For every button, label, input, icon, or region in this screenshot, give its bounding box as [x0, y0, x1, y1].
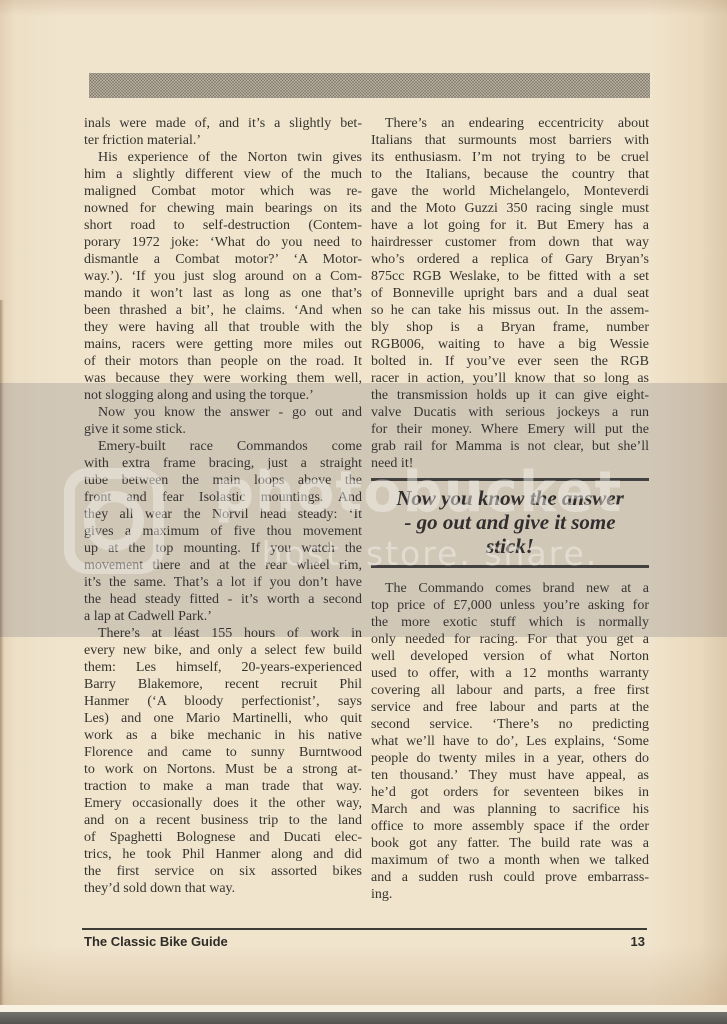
text-line: Hanmer (‘A bloody perfectionist’, says	[84, 693, 362, 710]
text-line: used to offer, with a 12 months warranty	[371, 665, 649, 682]
text-line: so he can take his missus out. In the as…	[371, 302, 649, 319]
text-line: they’d sold down that way.	[84, 880, 362, 897]
magazine-page-scan: inals were made of, and it’s a slightly …	[0, 0, 727, 1024]
paragraph: There’s at léast 155 hours of work ineve…	[84, 625, 362, 897]
text-line: maximum of two a month when we talked	[371, 852, 649, 869]
text-line: he’d got orders for seventeen bikes in	[371, 784, 649, 801]
text-line: RGB006, waiting to have a big Wessie	[371, 336, 649, 353]
scan-edge-top	[0, 0, 727, 16]
text-line: well developed version of what Norton	[371, 648, 649, 665]
text-line: maligned Combat motor which was re-	[84, 183, 362, 200]
text-line: them: Les himself, 20-years-experienced	[84, 659, 362, 676]
text-line: covering all labour and parts, a free fi…	[371, 682, 649, 699]
text-line: Florence and came to sunny Burntwood	[84, 744, 362, 761]
footer-rule	[82, 928, 647, 930]
text-line: and the Moto Guzzi 350 racing single mus…	[371, 200, 649, 217]
text-line: ten thousand.’ They must have appeal, as	[371, 767, 649, 784]
text-line: and on a recent business trip to the lan…	[84, 812, 362, 829]
text-line: 875cc RGB Weslake, to be fitted with a s…	[371, 268, 649, 285]
text-line: people do twenty miles in a year, others…	[371, 750, 649, 767]
text-line: every new bike, and only a select few bu…	[84, 642, 362, 659]
text-line: been thrashed a bit’, he claims. ‘And wh…	[84, 302, 362, 319]
text-line: of their motors than people on the road.…	[84, 353, 362, 370]
text-line: bly shop is a Bryan frame, number	[371, 319, 649, 336]
text-line: work as a bike mechanic in his native	[84, 727, 362, 744]
text-line: its enthusiasm. I’m not trying to be cru…	[371, 149, 649, 166]
scan-bottom-highlight	[0, 1005, 727, 1012]
scan-bottom-shade	[0, 945, 727, 1007]
watermark-band	[0, 383, 727, 637]
text-line: service and free labour and parts at the	[371, 699, 649, 716]
text-line: Italians that surmounts most barriers wi…	[371, 132, 649, 149]
text-line: who’s ordered a replica of Gary Bryan’s	[371, 251, 649, 268]
text-line: to the Italians, because the country tha…	[371, 166, 649, 183]
text-line: book got any fatter. The build rate was …	[371, 835, 649, 852]
text-line: mando it won’t last as long as one that’…	[84, 285, 362, 302]
text-line: what we’ll have to do’, Les explains, ‘S…	[371, 733, 649, 750]
text-line: of Bonneville upright bars and a dual se…	[371, 285, 649, 302]
text-line: to work on Nortons. Must be a strong at-	[84, 761, 362, 778]
text-line: ing.	[371, 886, 649, 903]
text-line: March and was planning to sacrifice his	[371, 801, 649, 818]
text-line: dismantle a Combat motor?’ ‘A Motor-	[84, 251, 362, 268]
text-line: office to more assembly space if the ord…	[371, 818, 649, 835]
text-line: the first service on six assorted bikes	[84, 863, 362, 880]
header-decorative-bar	[89, 73, 650, 98]
text-line: they were having all that trouble with t…	[84, 319, 362, 336]
text-line: way.’). ‘If you just slog around on a Co…	[84, 268, 362, 285]
scan-bottom-edge	[0, 1012, 727, 1024]
text-line: have a lot going for it. But Emery has a	[371, 217, 649, 234]
text-line: ter friction material.’	[84, 132, 362, 149]
text-line: inals were made of, and it’s a slightly …	[84, 115, 362, 132]
text-line: and a sudden rush could prove embarrass-	[371, 869, 649, 886]
text-line: nowned for chewing main bearings on its	[84, 200, 362, 217]
text-line: him a slightly different view of the muc…	[84, 166, 362, 183]
text-line: Les) and one Mario Martinelli, who quit	[84, 710, 362, 727]
text-line: gave the world Michelangelo, Monteverdi	[371, 183, 649, 200]
text-line: porary 1972 joke: ‘What do you need to	[84, 234, 362, 251]
text-line: short road to self-destruction (Contem-	[84, 217, 362, 234]
text-line: second service. ‘There’s no predicting	[371, 716, 649, 733]
text-line: of Spaghetti Bolognese and Ducati elec-	[84, 829, 362, 846]
text-line: Barry Blakemore, recent recruit Phil	[84, 676, 362, 693]
text-line: There’s an endearing eccentricity about	[371, 115, 649, 132]
paragraph: His experience of the Norton twin givesh…	[84, 149, 362, 404]
text-line: traction to make a man trade that way.	[84, 778, 362, 795]
text-line: hairdresser customer from down that way	[371, 234, 649, 251]
text-line: trics, he took Phil Hanmer along and did	[84, 846, 362, 863]
paragraph: inals were made of, and it’s a slightly …	[84, 115, 362, 149]
text-line: bolted in. If you’ve ever seen the RGB	[371, 353, 649, 370]
text-line: His experience of the Norton twin gives	[84, 149, 362, 166]
text-line: mains, racers were getting more miles ou…	[84, 336, 362, 353]
text-line: Emery occasionally does it the other way…	[84, 795, 362, 812]
